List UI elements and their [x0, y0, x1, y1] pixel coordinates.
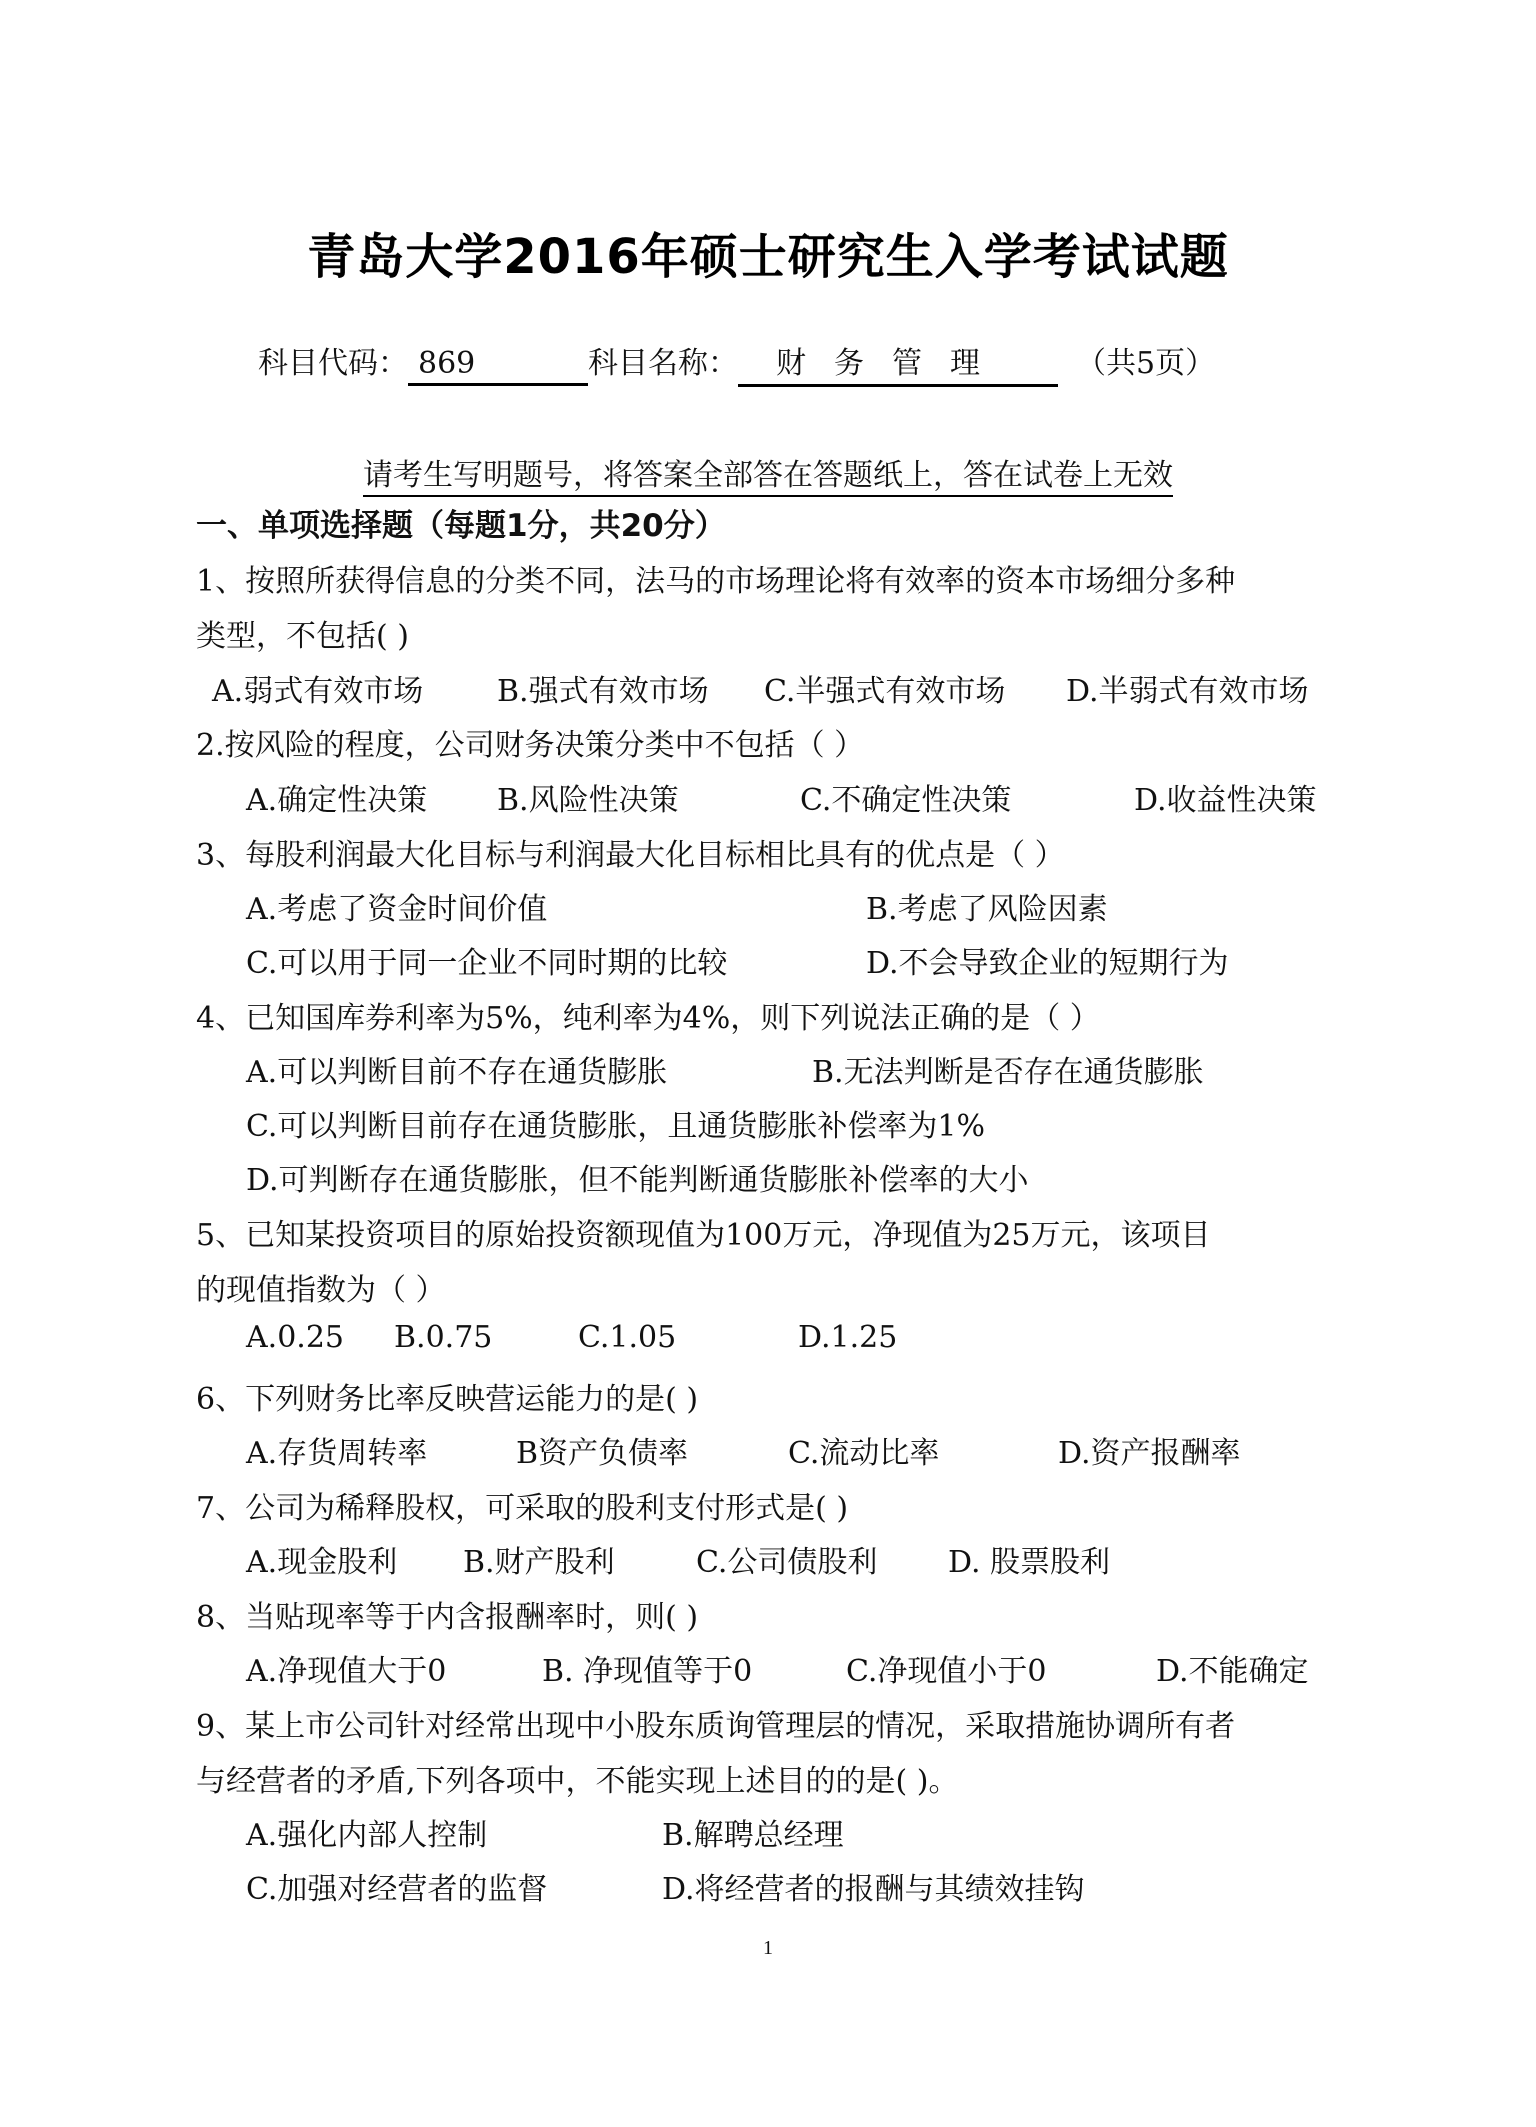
question-9-line-2: 与经营者的矛盾,下列各项中，不能实现上述目的的是( )。 [196, 1756, 958, 1800]
subject-info: 科目代码：869科目名称：财务管理（共5页） [258, 338, 1215, 387]
question-8-line-1: 8、当贴现率等于内含报酬率时，则( ) [196, 1592, 698, 1636]
subject-code-label: 科目代码： [258, 338, 408, 382]
question-1-option-a: A.弱式有效市场 [212, 666, 423, 710]
question-6-line-1: 6、下列财务比率反映营运能力的是( ) [196, 1374, 698, 1418]
question-2-option-a: A.确定性决策 [246, 775, 427, 819]
question-6-option-b: B资产负债率 [516, 1428, 688, 1472]
question-8-option-b: B. 净现值等于0 [542, 1646, 752, 1690]
question-3-line-1: 3、每股利润最大化目标与利润最大化目标相比具有的优点是（ ） [196, 830, 1065, 874]
question-7-line-1: 7、公司为稀释股权，可采取的股利支付形式是( ) [196, 1483, 848, 1527]
question-2-line-1: 2.按风险的程度，公司财务决策分类中不包括（ ） [196, 720, 864, 764]
question-5-option-b: B.0.75 [394, 1320, 492, 1355]
question-6-option-c: C.流动比率 [788, 1428, 939, 1472]
page-number: 1 [0, 1937, 1536, 1960]
subject-name-value: 财务管理 [738, 338, 1058, 387]
question-5-option-d: D.1.25 [798, 1320, 897, 1355]
notice: 请考生写明题号，将答案全部答在答题纸上，答在试卷上无效 [0, 450, 1536, 494]
question-4-option-a: A.可以判断目前不存在通货膨胀 [246, 1047, 667, 1091]
question-1-option-b: B.强式有效市场 [497, 666, 709, 710]
question-8-option-c: C.净现值小于0 [846, 1646, 1047, 1690]
question-3-option-c: C.可以用于同一企业不同时期的比较 [246, 938, 727, 982]
question-8-option-a: A.净现值大于0 [246, 1646, 446, 1690]
question-4-option-b: B.无法判断是否存在通货膨胀 [812, 1047, 1204, 1091]
question-1-line-2: 类型，不包括( ) [196, 611, 409, 655]
question-1-option-d: D.半弱式有效市场 [1066, 666, 1309, 710]
question-1-option-c: C.半强式有效市场 [764, 666, 1005, 710]
question-2-option-c: C.不确定性决策 [800, 775, 1011, 819]
question-2-option-b: B.风险性决策 [497, 775, 679, 819]
question-7-option-b: B.财产股利 [463, 1537, 615, 1581]
exam-page: 青岛大学2016年硕士研究生入学考试试题 科目代码：869科目名称：财务管理（共… [0, 0, 1536, 2127]
question-7-option-a: A.现金股利 [246, 1537, 397, 1581]
page-count: （共5页） [1076, 338, 1215, 382]
question-4-option-d: D.可判断存在通货膨胀，但不能判断通货膨胀补偿率的大小 [246, 1155, 1029, 1199]
question-2-option-d: D.收益性决策 [1134, 775, 1317, 819]
question-6-option-d: D.资产报酬率 [1058, 1428, 1241, 1472]
question-9-line-1: 9、某上市公司针对经常出现中小股东质询管理层的情况，采取措施协调所有者 [196, 1701, 1235, 1745]
question-5-option-c: C.1.05 [578, 1320, 676, 1355]
question-8-option-d: D.不能确定 [1156, 1646, 1309, 1690]
question-5-option-a: A.0.25 [246, 1320, 344, 1355]
question-4-option-c: C.可以判断目前存在通货膨胀，且通货膨胀补偿率为1% [246, 1101, 985, 1145]
question-4-line-1: 4、已知国库券利率为5%，纯利率为4%，则下列说法正确的是（ ） [196, 993, 1100, 1037]
notice-text: 请考生写明题号，将答案全部答在答题纸上，答在试卷上无效 [363, 458, 1173, 497]
question-7-option-c: C.公司债股利 [696, 1537, 877, 1581]
question-9-option-b: B.解聘总经理 [662, 1810, 844, 1854]
question-3-option-b: B.考虑了风险因素 [866, 884, 1108, 928]
question-9-option-a: A.强化内部人控制 [246, 1810, 487, 1854]
section-heading: 一、单项选择题（每题1分，共20分） [196, 500, 726, 545]
subject-code-value: 869 [408, 346, 588, 386]
question-9-option-c: C.加强对经营者的监督 [246, 1864, 547, 1908]
subject-name-label: 科目名称： [588, 338, 738, 382]
question-5-line-1: 5、已知某投资项目的原始投资额现值为100万元，净现值为25万元，该项目 [196, 1210, 1211, 1254]
question-5-line-2: 的现值指数为（ ） [196, 1265, 446, 1309]
question-9-option-d: D.将经营者的报酬与其绩效挂钩 [662, 1864, 1085, 1908]
question-1-line-1: 1、按照所获得信息的分类不同，法马的市场理论将有效率的资本市场细分多种 [196, 556, 1235, 600]
question-3-option-d: D.不会导致企业的短期行为 [866, 938, 1229, 982]
exam-title: 青岛大学2016年硕士研究生入学考试试题 [0, 218, 1536, 287]
question-7-option-d: D. 股票股利 [948, 1537, 1110, 1581]
question-6-option-a: A.存货周转率 [246, 1428, 427, 1472]
question-3-option-a: A.考虑了资金时间价值 [246, 884, 547, 928]
